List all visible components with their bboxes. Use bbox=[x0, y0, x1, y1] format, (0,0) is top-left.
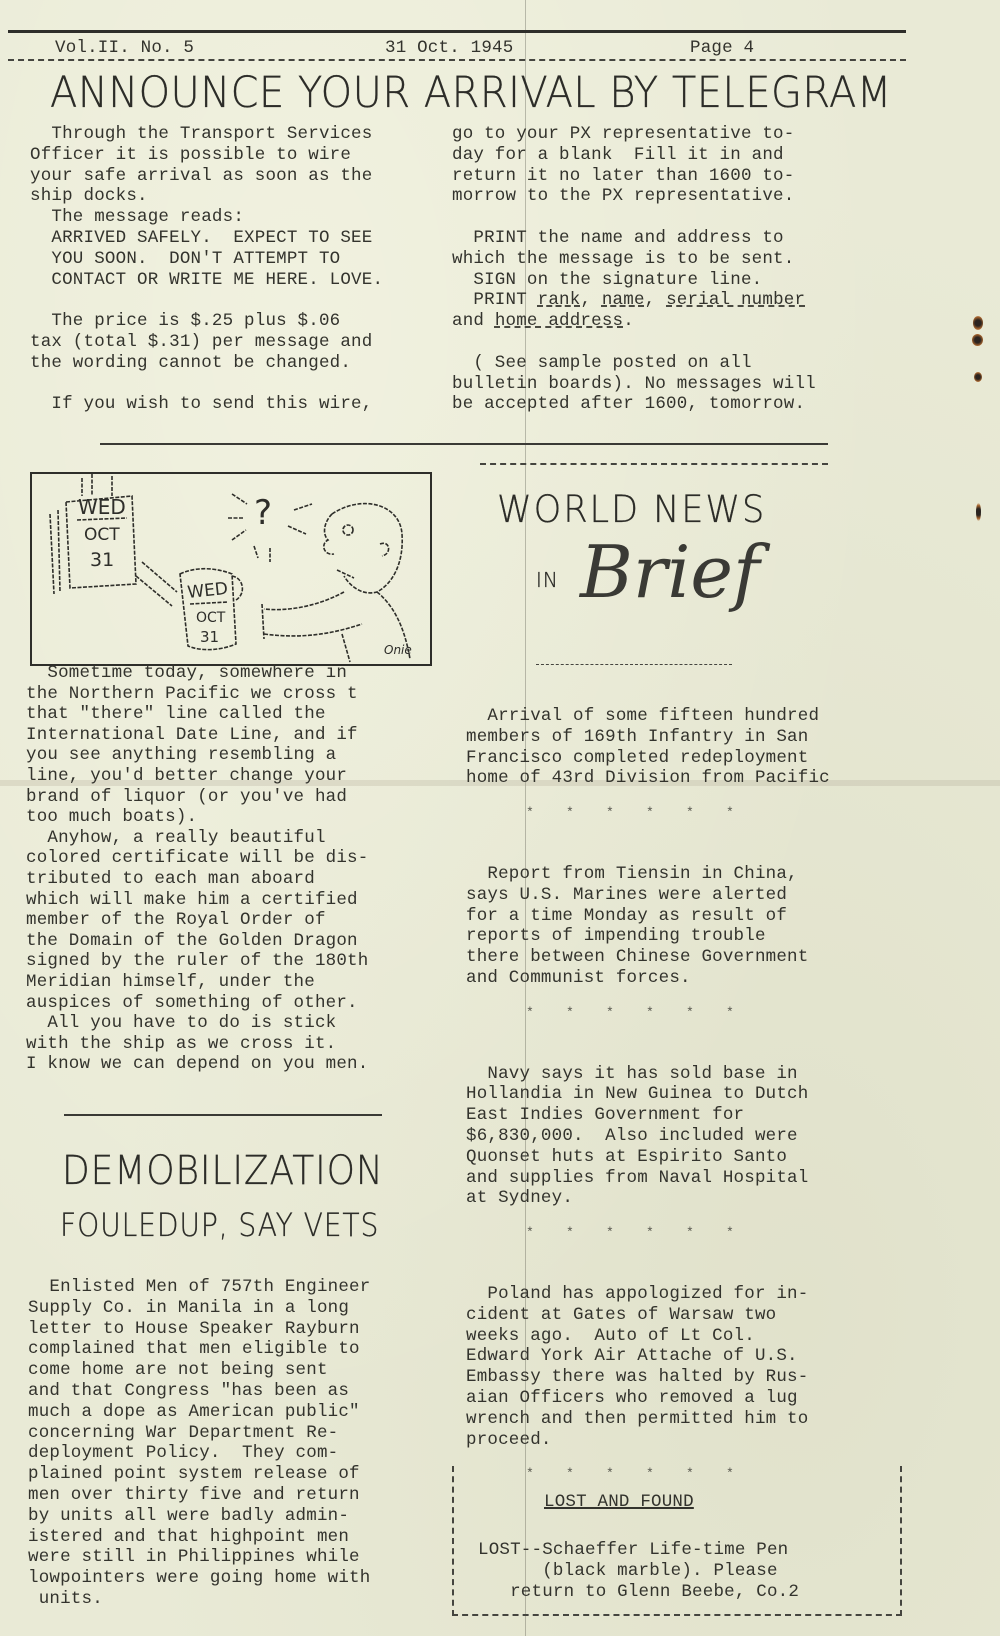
text-line: with the ship as we cross it. bbox=[26, 1034, 368, 1055]
text-line: ARRIVED SAFELY. EXPECT TO SEE bbox=[30, 228, 383, 249]
text-line: (black marble). Please bbox=[478, 1561, 799, 1582]
text-line: Arrival of some fifteen hundred bbox=[466, 706, 830, 727]
world-news-under-rule bbox=[536, 664, 732, 665]
star-separator: * * * * * * bbox=[526, 803, 830, 824]
telegram-right-text-a: go to your PX representative to-day for … bbox=[452, 124, 816, 290]
text-line: too much boats). bbox=[26, 807, 368, 828]
text-line: If you wish to send this wire, bbox=[30, 394, 383, 415]
svg-text:?: ? bbox=[254, 493, 272, 533]
name-underlined: name bbox=[602, 290, 645, 310]
text-line: YOU SOON. DON'T ATTEMPT TO bbox=[30, 249, 383, 270]
text-line: Sometime today, somewhere in bbox=[26, 663, 368, 684]
svg-text:31: 31 bbox=[90, 549, 114, 571]
text-line: weeks ago. Auto of Lt Col. bbox=[466, 1326, 830, 1347]
text-line: Meridian himself, under the bbox=[26, 972, 368, 993]
text-line: Embassy there was halted by Rus- bbox=[466, 1367, 830, 1388]
text-line: return to Glenn Beebe, Co.2 bbox=[478, 1582, 799, 1603]
text-line: Hollandia in New Guinea to Dutch bbox=[466, 1084, 830, 1105]
lost-and-found-text: LOST--Schaeffer Life-time Pen (black mar… bbox=[478, 1540, 799, 1602]
rust-stain bbox=[976, 503, 981, 521]
text-line: men over thirty five and return bbox=[28, 1485, 370, 1506]
text-line: and supplies from Naval Hospital bbox=[466, 1168, 830, 1189]
text-line: which the message is to be sent. bbox=[452, 249, 816, 270]
text-line: bulletin boards). No messages will bbox=[452, 374, 816, 395]
text-line bbox=[452, 207, 816, 228]
text-line: and Communist forces. bbox=[466, 968, 830, 989]
text-line: Report from Tiensin in China, bbox=[466, 864, 830, 885]
masthead-bottom-rule bbox=[8, 59, 906, 61]
text-line: day for a blank Fill it in and bbox=[452, 145, 816, 166]
world-news-top-rule bbox=[480, 463, 828, 465]
text-line: line, you'd better change your bbox=[26, 766, 368, 787]
text-line: Officer it is possible to wire bbox=[30, 145, 383, 166]
text-line: go to your PX representative to- bbox=[452, 124, 816, 145]
text-line: colored certificate will be dis- bbox=[26, 848, 368, 869]
world-news-script-brief: Brief bbox=[580, 530, 760, 614]
text-line: the Northern Pacific we cross t bbox=[26, 684, 368, 705]
text-line: there between Chinese Government bbox=[466, 947, 830, 968]
demob-article: Enlisted Men of 757th EngineerSupply Co.… bbox=[28, 1277, 370, 1610]
text-line: $6,830,000. Also included were bbox=[466, 1126, 830, 1147]
masthead-date: 31 Oct. 1945 bbox=[385, 38, 513, 59]
text-line: Through the Transport Services bbox=[30, 124, 383, 145]
section-divider bbox=[100, 443, 828, 445]
telegram-headline: ANNOUNCE YOUR ARRIVAL BY TELEGRAM bbox=[50, 68, 892, 118]
rust-stain bbox=[973, 316, 983, 330]
text-line: proceed. bbox=[466, 1430, 830, 1451]
text-line: tributed to each man aboard bbox=[26, 869, 368, 890]
telegram-left-column: Through the Transport ServicesOfficer it… bbox=[30, 124, 383, 415]
text-line: that "there" line called the bbox=[26, 704, 368, 725]
text-line: letter to House Speaker Rayburn bbox=[28, 1319, 370, 1340]
text-line: cident at Gates of Warsaw two bbox=[466, 1305, 830, 1326]
lost-and-found-title: LOST AND FOUND bbox=[544, 1492, 694, 1513]
text-line: the Domain of the Golden Dragon bbox=[26, 931, 368, 952]
text-line: Navy says it has sold base in bbox=[466, 1064, 830, 1085]
telegram-print-line: PRINT rank, name, serial number bbox=[452, 290, 816, 311]
text-line: which will make him a certified bbox=[26, 890, 368, 911]
svg-text:Onie: Onie bbox=[384, 643, 412, 657]
telegram-address-line: and home address. bbox=[452, 311, 816, 332]
news-item: Report from Tiensin in China,says U.S. M… bbox=[466, 864, 830, 989]
text-line: aian Officers who removed a lug bbox=[466, 1388, 830, 1409]
text-line: signed by the ruler of the 180th bbox=[26, 951, 368, 972]
date-line-cartoon: WED OCT 31 WED OCT 31 ? Onie bbox=[32, 474, 430, 664]
world-news-in: IN bbox=[536, 568, 559, 592]
rust-stain bbox=[974, 372, 982, 382]
rank-underlined: rank bbox=[538, 290, 581, 310]
text-line: return it no later than 1600 to- bbox=[452, 166, 816, 187]
text-line: istered and that highpoint men bbox=[28, 1527, 370, 1548]
text-line: SIGN on the signature line. bbox=[452, 270, 816, 291]
svg-text:OCT: OCT bbox=[196, 610, 226, 626]
text-line: Poland has appologized for in- bbox=[466, 1284, 830, 1305]
text-line: I know we can depend on you men. bbox=[26, 1054, 368, 1075]
masthead-volume: Vol.II. No. 5 bbox=[55, 38, 194, 59]
demob-headline-1: DEMOBILIZATION bbox=[62, 1148, 384, 1194]
demob-text: Enlisted Men of 757th EngineerSupply Co.… bbox=[28, 1277, 370, 1610]
masthead-top-rule bbox=[8, 30, 906, 33]
text-line: CONTACT OR WRITE ME HERE. LOVE. bbox=[30, 270, 383, 291]
text-line: members of 169th Infantry in San bbox=[466, 727, 830, 748]
world-news-headline: WORLD NEWS bbox=[497, 488, 766, 531]
text-line: auspices of something of other. bbox=[26, 993, 368, 1014]
world-news-list: Arrival of some fifteen hundredmembers o… bbox=[466, 706, 830, 1525]
news-item: Poland has appologized for in-cident at … bbox=[466, 1284, 830, 1450]
text-line bbox=[30, 290, 383, 311]
text-line: Anyhow, a really beautiful bbox=[26, 828, 368, 849]
text-line: Quonset huts at Espirito Santo bbox=[466, 1147, 830, 1168]
text-line: your safe arrival as soon as the bbox=[30, 166, 383, 187]
dateline-article: Sometime today, somewhere inthe Northern… bbox=[26, 663, 368, 1075]
section-divider bbox=[64, 1114, 382, 1116]
svg-text:OCT: OCT bbox=[84, 525, 120, 545]
text-line: Edward York Air Attache of U.S. bbox=[466, 1346, 830, 1367]
star-separator: * * * * * * bbox=[526, 1223, 830, 1244]
text-line: lowpointers were going home with bbox=[28, 1568, 370, 1589]
text-line: Supply Co. in Manila in a long bbox=[28, 1298, 370, 1319]
masthead-page: Page 4 bbox=[690, 38, 754, 59]
text-line bbox=[452, 332, 816, 353]
text-line: the wording cannot be changed. bbox=[30, 353, 383, 374]
text-line: wrench and then permitted him to bbox=[466, 1409, 830, 1430]
text-line: member of the Royal Order of bbox=[26, 910, 368, 931]
text-line: come home are not being sent bbox=[28, 1360, 370, 1381]
text-line: were still in Philippines while bbox=[28, 1547, 370, 1568]
text-line: by units all were badly admin- bbox=[28, 1506, 370, 1527]
text-line: Enlisted Men of 757th Engineer bbox=[28, 1277, 370, 1298]
text-line: ( See sample posted on all bbox=[452, 353, 816, 374]
text-line: deployment Policy. They com- bbox=[28, 1443, 370, 1464]
news-item: Arrival of some fifteen hundredmembers o… bbox=[466, 706, 830, 789]
text-line: International Date Line, and if bbox=[26, 725, 368, 746]
news-item: Navy says it has sold base inHollandia i… bbox=[466, 1064, 830, 1210]
text-line: says U.S. Marines were alerted bbox=[466, 885, 830, 906]
text-line: The message reads: bbox=[30, 207, 383, 228]
telegram-right-text-b: ( See sample posted on allbulletin board… bbox=[452, 332, 816, 415]
text-line: at Sydney. bbox=[466, 1188, 830, 1209]
telegram-left-text: Through the Transport ServicesOfficer it… bbox=[30, 124, 383, 415]
lost-and-found-box: LOST AND FOUND LOST--Schaeffer Life-time… bbox=[452, 1466, 902, 1616]
text-line: concerning War Department Re- bbox=[28, 1423, 370, 1444]
serial-number-underlined: serial number bbox=[666, 290, 805, 310]
telegram-right-column: go to your PX representative to-day for … bbox=[452, 124, 816, 415]
demob-headline-2: FOULEDUP, SAY VETS bbox=[60, 1206, 379, 1244]
text-line: complained that men eligible to bbox=[28, 1339, 370, 1360]
text-line: much a dope as American public" bbox=[28, 1402, 370, 1423]
home-address-underlined: home address bbox=[495, 311, 623, 331]
cartoon-frame: WED OCT 31 WED OCT 31 ? Onie bbox=[30, 472, 432, 666]
text-line: be accepted after 1600, tomorrow. bbox=[452, 394, 816, 415]
text-line: you see anything resembling a bbox=[26, 745, 368, 766]
text-line bbox=[30, 374, 383, 395]
text-line: home of 43rd Division from Pacific bbox=[466, 768, 830, 789]
dateline-text: Sometime today, somewhere inthe Northern… bbox=[26, 663, 368, 1075]
text-line: tax (total $.31) per message and bbox=[30, 332, 383, 353]
text-line: All you have to do is stick bbox=[26, 1013, 368, 1034]
text-line: morrow to the PX representative. bbox=[452, 186, 816, 207]
rust-stain bbox=[972, 334, 983, 346]
svg-text:31: 31 bbox=[200, 628, 219, 646]
text-line: brand of liquor (or you've had bbox=[26, 787, 368, 808]
text-line: East Indies Government for bbox=[466, 1105, 830, 1126]
text-line: reports of impending trouble bbox=[466, 926, 830, 947]
text-line: ship docks. bbox=[30, 186, 383, 207]
text-line: The price is $.25 plus $.06 bbox=[30, 311, 383, 332]
text-line: PRINT the name and address to bbox=[452, 228, 816, 249]
text-line: for a time Monday as result of bbox=[466, 906, 830, 927]
text-line: units. bbox=[28, 1589, 370, 1610]
star-separator: * * * * * * bbox=[526, 1003, 830, 1024]
svg-text:WED: WED bbox=[186, 579, 229, 603]
text-line: and that Congress "has been as bbox=[28, 1381, 370, 1402]
text-line: plained point system release of bbox=[28, 1464, 370, 1485]
text-line: LOST--Schaeffer Life-time Pen bbox=[478, 1540, 799, 1561]
text-line: Francisco completed redeployment bbox=[466, 748, 830, 769]
svg-text:WED: WED bbox=[78, 495, 126, 519]
